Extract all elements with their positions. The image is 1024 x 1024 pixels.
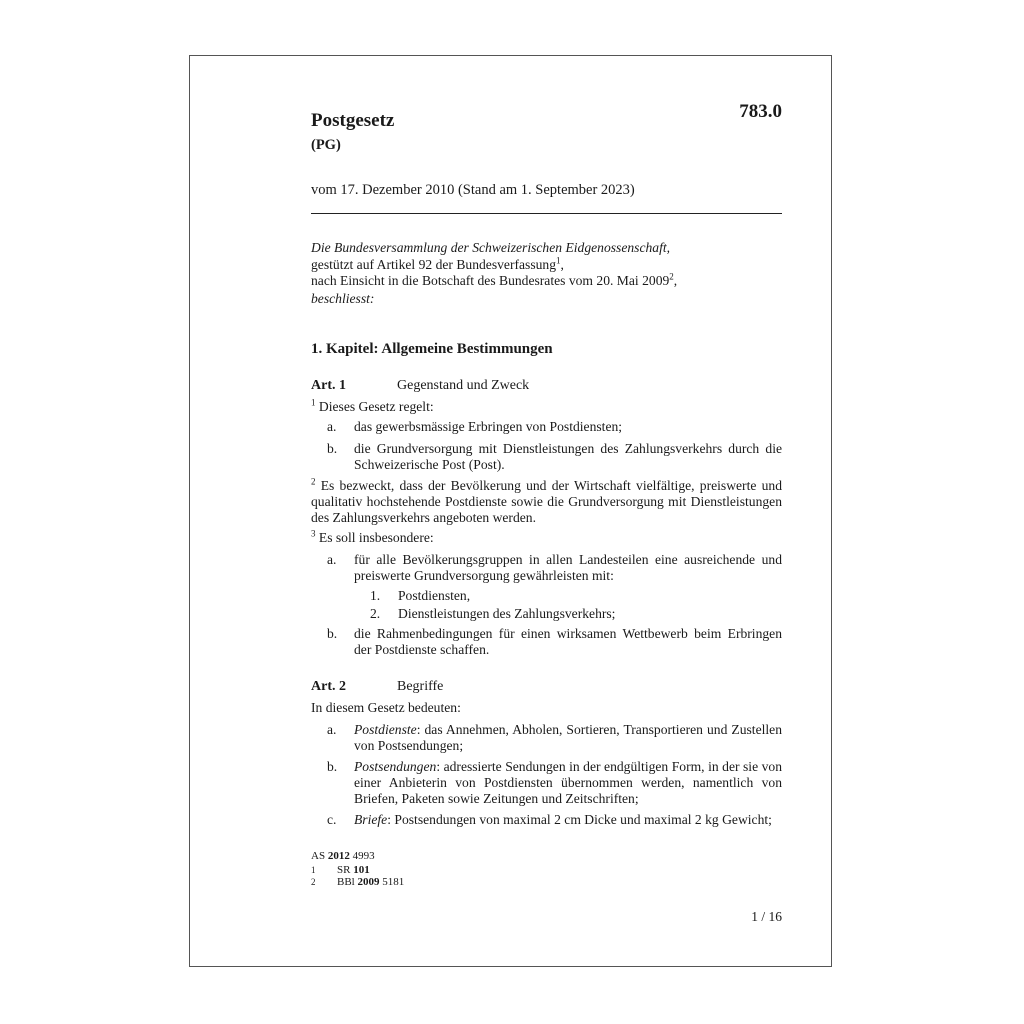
official-collection-ref: AS 2012 4993	[311, 850, 375, 862]
date-line: vom 17. Dezember 2010 (Stand am 1. Septe…	[311, 182, 635, 199]
preamble-line-4: beschliesst:	[311, 291, 374, 307]
article-2-heading: Art. 2Begriffe	[311, 679, 443, 695]
article-1-heading: Art. 1Gegenstand und Zweck	[311, 378, 529, 394]
preamble-line-1: Die Bundesversammlung der Schweizerische…	[311, 240, 670, 256]
preamble-line-2: gestützt auf Artikel 92 der Bundesverfas…	[311, 257, 564, 273]
footnote-1: 1SR 101	[311, 864, 370, 876]
preamble-line-3: nach Einsicht in die Botschaft des Bunde…	[311, 273, 677, 289]
article-1-paragraph-3: 3 Es soll insbesondere:	[311, 530, 434, 546]
article-1-paragraph-2: 2 Es bezweckt, dass der Bevölkerung und …	[311, 478, 782, 526]
law-title: Postgesetz	[311, 110, 394, 132]
header-divider	[311, 213, 782, 214]
sr-number: 783.0	[739, 101, 782, 123]
page-number: 1 / 16	[751, 909, 782, 925]
law-abbreviation: (PG)	[311, 137, 341, 154]
footnote-2: 2BBl 2009 5181	[311, 876, 404, 888]
article-1-paragraph-1: 1 Dieses Gesetz regelt:	[311, 399, 434, 415]
chapter-heading: 1. Kapitel: Allgemeine Bestimmungen	[311, 341, 553, 358]
article-2-intro: In diesem Gesetz bedeuten:	[311, 700, 461, 716]
